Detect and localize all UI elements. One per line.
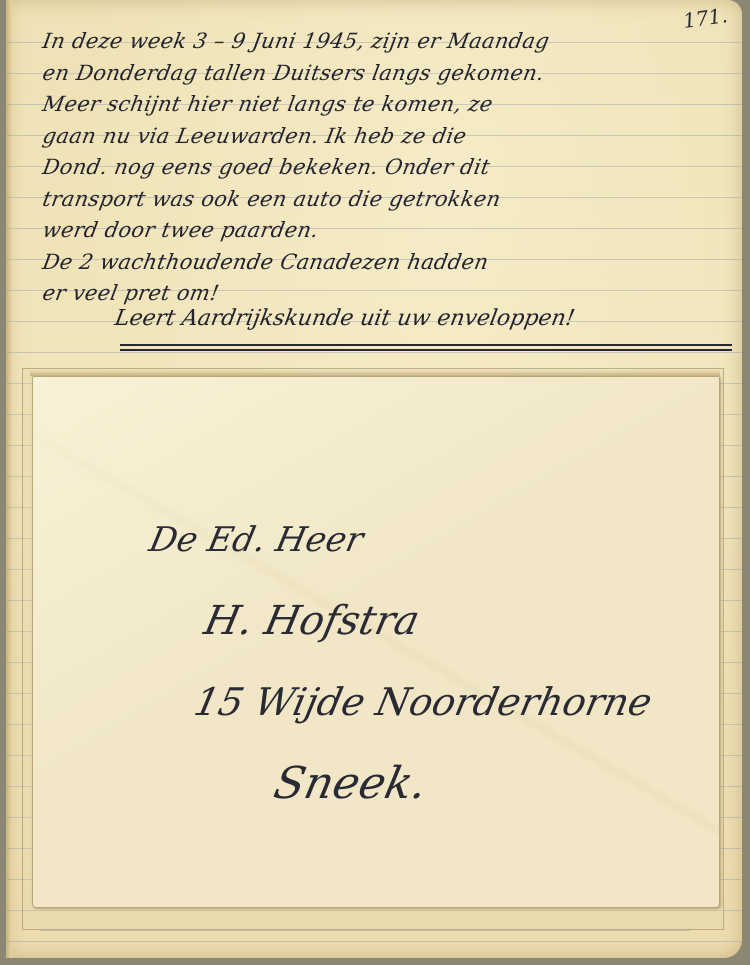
scanned-page: 171. In deze week 3 – 9 Juni 1945, zijn … [0,0,750,965]
entry-line: Meer schijnt hier niet langs te komen, z… [40,89,736,121]
entry-line: er veel pret om! [40,278,736,310]
ruled-line-bottom [40,930,690,931]
entry-line: Dond. nog eens goed bekeken. Onder dit [40,152,736,184]
envelope-city: Sneek. [270,758,432,809]
envelope-street-address: 15 Wijde Noorderhorne [190,680,656,724]
double-underline-top [120,344,732,346]
entry-line: gaan nu via Leeuwarden. Ik heb ze die [40,121,736,153]
envelope-salutation: De Ed. Heer [146,520,367,560]
entry-line: De 2 wachthoudende Canadezen hadden [40,247,736,279]
double-underline-bottom [120,349,732,351]
envelope-recipient-name: H. Hofstra [200,598,423,644]
entry-line: In deze week 3 – 9 Juni 1945, zijn er Ma… [40,26,736,58]
closing-remark: Leert Aardrijkskunde uit uw enveloppen! [113,306,577,331]
entry-line: werd door twee paarden. [40,215,736,247]
entry-line: en Donderdag tallen Duitsers langs gekom… [40,58,736,90]
entry-line: transport was ook een auto die getrokken [40,184,736,216]
diary-entry: In deze week 3 – 9 Juni 1945, zijn er Ma… [40,26,730,310]
